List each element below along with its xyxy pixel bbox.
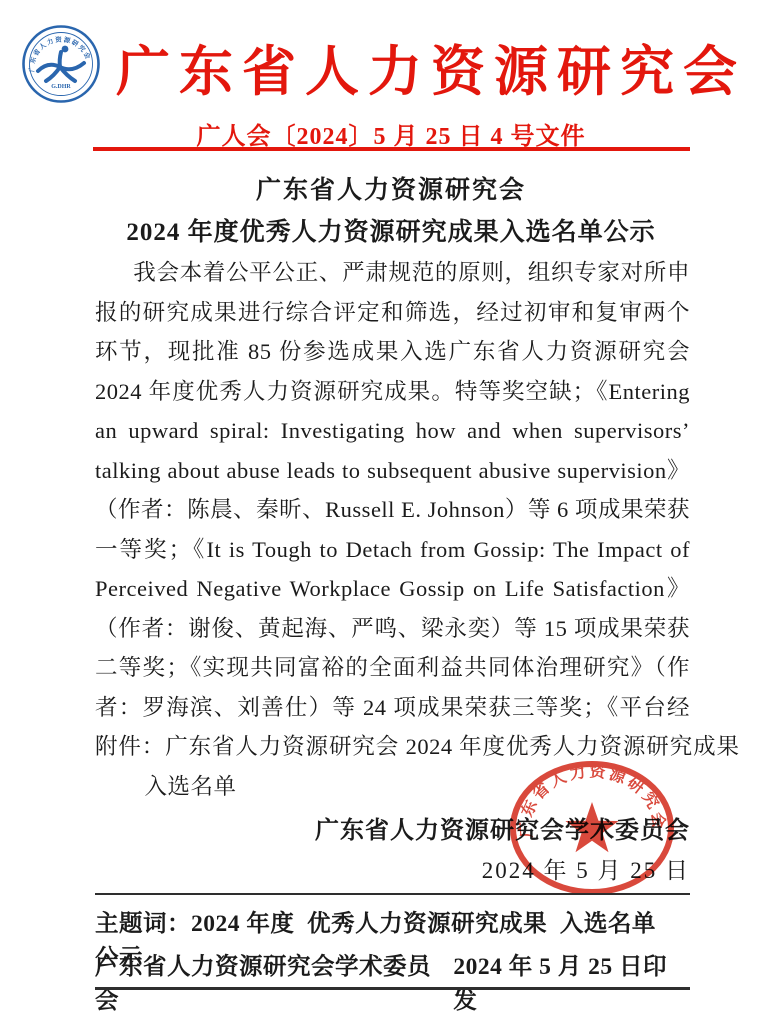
logo-abbr-text: G.DHR: [51, 84, 71, 90]
attachment-label: 附件：: [95, 734, 165, 759]
footer-divider-bottom: [95, 987, 690, 990]
document-title-line1: 广东省人力资源研究会: [0, 170, 782, 206]
body-paragraph: 我会本着公平公正、严肃规范的原则，组织专家对所申报的研究成果进行综合评定和筛选，…: [95, 253, 690, 729]
seal-star-icon: [565, 802, 618, 852]
print-date: 2024 年 5 月 25 日印发: [453, 947, 690, 1015]
document-reference: 广人会〔2024〕5 月 25 日 4 号文件: [0, 116, 782, 151]
issuer-organization: 广东省人力资源研究会学术委员会: [95, 947, 453, 1015]
document-title-line2: 2024 年度优秀人力资源研究成果入选名单公示: [0, 212, 782, 248]
masthead-org-title: 广东省人力资源研究会: [100, 28, 762, 106]
keywords-label: 主题词：: [95, 911, 191, 937]
issuer-row: 广东省人力资源研究会学术委员会 2024 年 5 月 25 日印发: [95, 947, 690, 1015]
official-document-page: 广东省人力资源研究会 G.DHR 广东省人力资源研究会 广人会〔2024〕5 月…: [0, 0, 782, 1020]
masthead-divider: [93, 147, 690, 151]
association-logo-icon: 广东省人力资源研究会 G.DHR: [21, 24, 101, 104]
official-seal: 广东省人力资源研究会: [506, 757, 678, 901]
footer-divider-top: [95, 893, 690, 895]
